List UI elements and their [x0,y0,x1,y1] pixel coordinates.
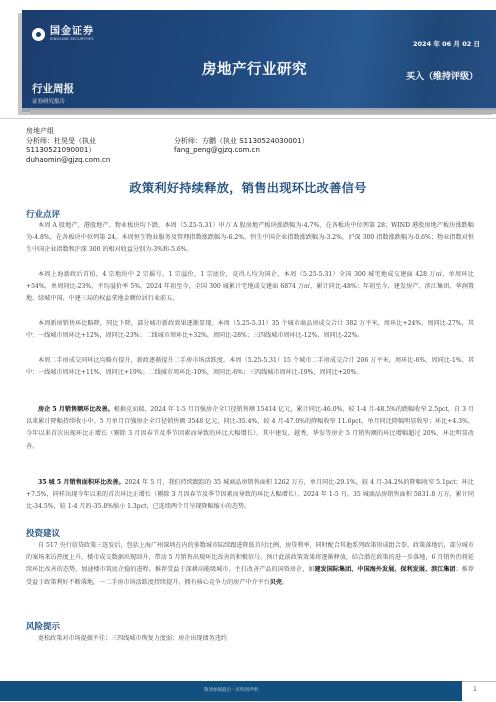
report-title: 房地产行业研究 [202,58,307,79]
report-headline: 政策利好持续释放，销售出现环比改善信号 [0,179,496,196]
analyst-1-email[interactable]: duhaomin@gjzq.com.cn [26,156,156,166]
review-paragraph-6: 35 城 5 月销售面积环比改善。2024 年 5 月，我们持续跟踪的 35 城… [26,477,474,514]
analyst-1: 分析师：杜昊旻（执业 S1130521090001） duhaomin@gjzq… [26,137,156,166]
paragraph-text: 宽松政策对市场提振不佳；三四线城市恢复力度弱；房企出现债务违约 [38,635,227,642]
paragraph-text: 本周新房销售环比略降，同比下降，部分城市新政效果逐渐显现。本周（5.25-5.3… [26,320,474,339]
review-paragraph-1: 本周 A 股地产、港股地产、物业板块均下跌。本周（5.25-5.31）申万 A … [26,220,474,257]
company-logo: 国金证券 SINOLINK SECURITIES [32,26,94,42]
analyst-group: 房地产组 [26,127,54,137]
risk-paragraph: 宽松政策对市场提振不佳；三四线城市恢复力度弱；房企出现债务违约 [26,633,474,645]
report-banner: 国金证券 SINOLINK SECURITIES 房地产行业研究 2024 年 … [22,10,496,112]
page-number: 1 [473,686,477,693]
analyst-block: 房地产组 分析师：杜昊旻（执业 S1130521090001） duhaomin… [26,127,54,137]
review-paragraph-5: 房企 5 月销售额环比改善。根据克而瑞，2024 年 1-5 月百强房企全口径销… [26,404,474,453]
review-paragraph-2: 本周上海新政后首拍，4 宗地块中 2 宗摇号，1 宗溢价，1 宗底价，竞得人均为… [26,269,474,306]
footer-disclaimer[interactable]: 敬请参阅最后一页特别声明 [0,687,462,693]
section-heading-investment: 投资建议 [26,527,60,539]
rating-badge: 买入（维持评级） [406,69,478,82]
report-type: 行业周报 [32,81,74,96]
header-divider [0,118,496,119]
analyst-1-name: 分析师：杜昊旻（执业 [26,137,156,147]
investment-paragraph: 自 517 央行信贷政策三连发后，包括上海广州深圳在内的多数城市陆续跟进降低首付… [26,540,474,589]
paragraph-text: 本周 A 股地产、港股地产、物业板块均下跌。本周（5.25-5.31）申万 A … [26,222,474,253]
analyst-2: 分析师：方鹏（执业 S1130524030001） fang_peng@gjzq… [174,137,424,156]
analyst-1-license: S1130521090001） [26,146,156,156]
report-subtype: 证券研究报告 [32,97,65,105]
paragraph-lead: 35 城 5 月销售面积环比改善。 [38,479,125,486]
logo-name-cn: 国金证券 [50,26,94,37]
banner-shadow-strip [30,110,496,114]
review-paragraph-3: 本周新房销售环比略降，同比下降，部分城市新政效果逐渐显现。本周（5.25-5.3… [26,318,474,342]
report-date: 2024 年 06 月 02 日 [413,39,480,48]
analyst-2-email[interactable]: fang_peng@gjzq.com.cn [174,146,424,156]
paragraph-lead: 房企 5 月销售额环比改善。 [38,406,114,413]
section-heading-risk: 风险提示 [26,620,60,632]
recommended-stocks: 建发国际集团、中国海外发展、保利发展、滨江集团 [314,566,455,573]
paragraph-text: 本周二手房成交同环比均略有提升，新政逐渐提升二手房市场活跃度。本周（5.25-5… [26,357,474,376]
review-paragraph-4: 本周二手房成交同环比均略有提升，新政逐渐提升二手房市场活跃度。本周（5.25-5… [26,355,474,379]
paragraph-text: 。 [282,579,288,586]
paragraph-text: 本周上海新政后首拍，4 宗地块中 2 宗摇号，1 宗溢价，1 宗底价，竞得人均为… [26,271,474,302]
analyst-2-name: 分析师：方鹏（执业 S1130524030001） [174,137,424,147]
recommended-platform: 贝壳 [270,579,282,586]
logo-circle-icon [32,28,45,41]
page-number-divider [462,681,496,682]
logo-name-en: SINOLINK SECURITIES [50,37,94,42]
section-heading-review: 行业点评 [26,208,60,220]
